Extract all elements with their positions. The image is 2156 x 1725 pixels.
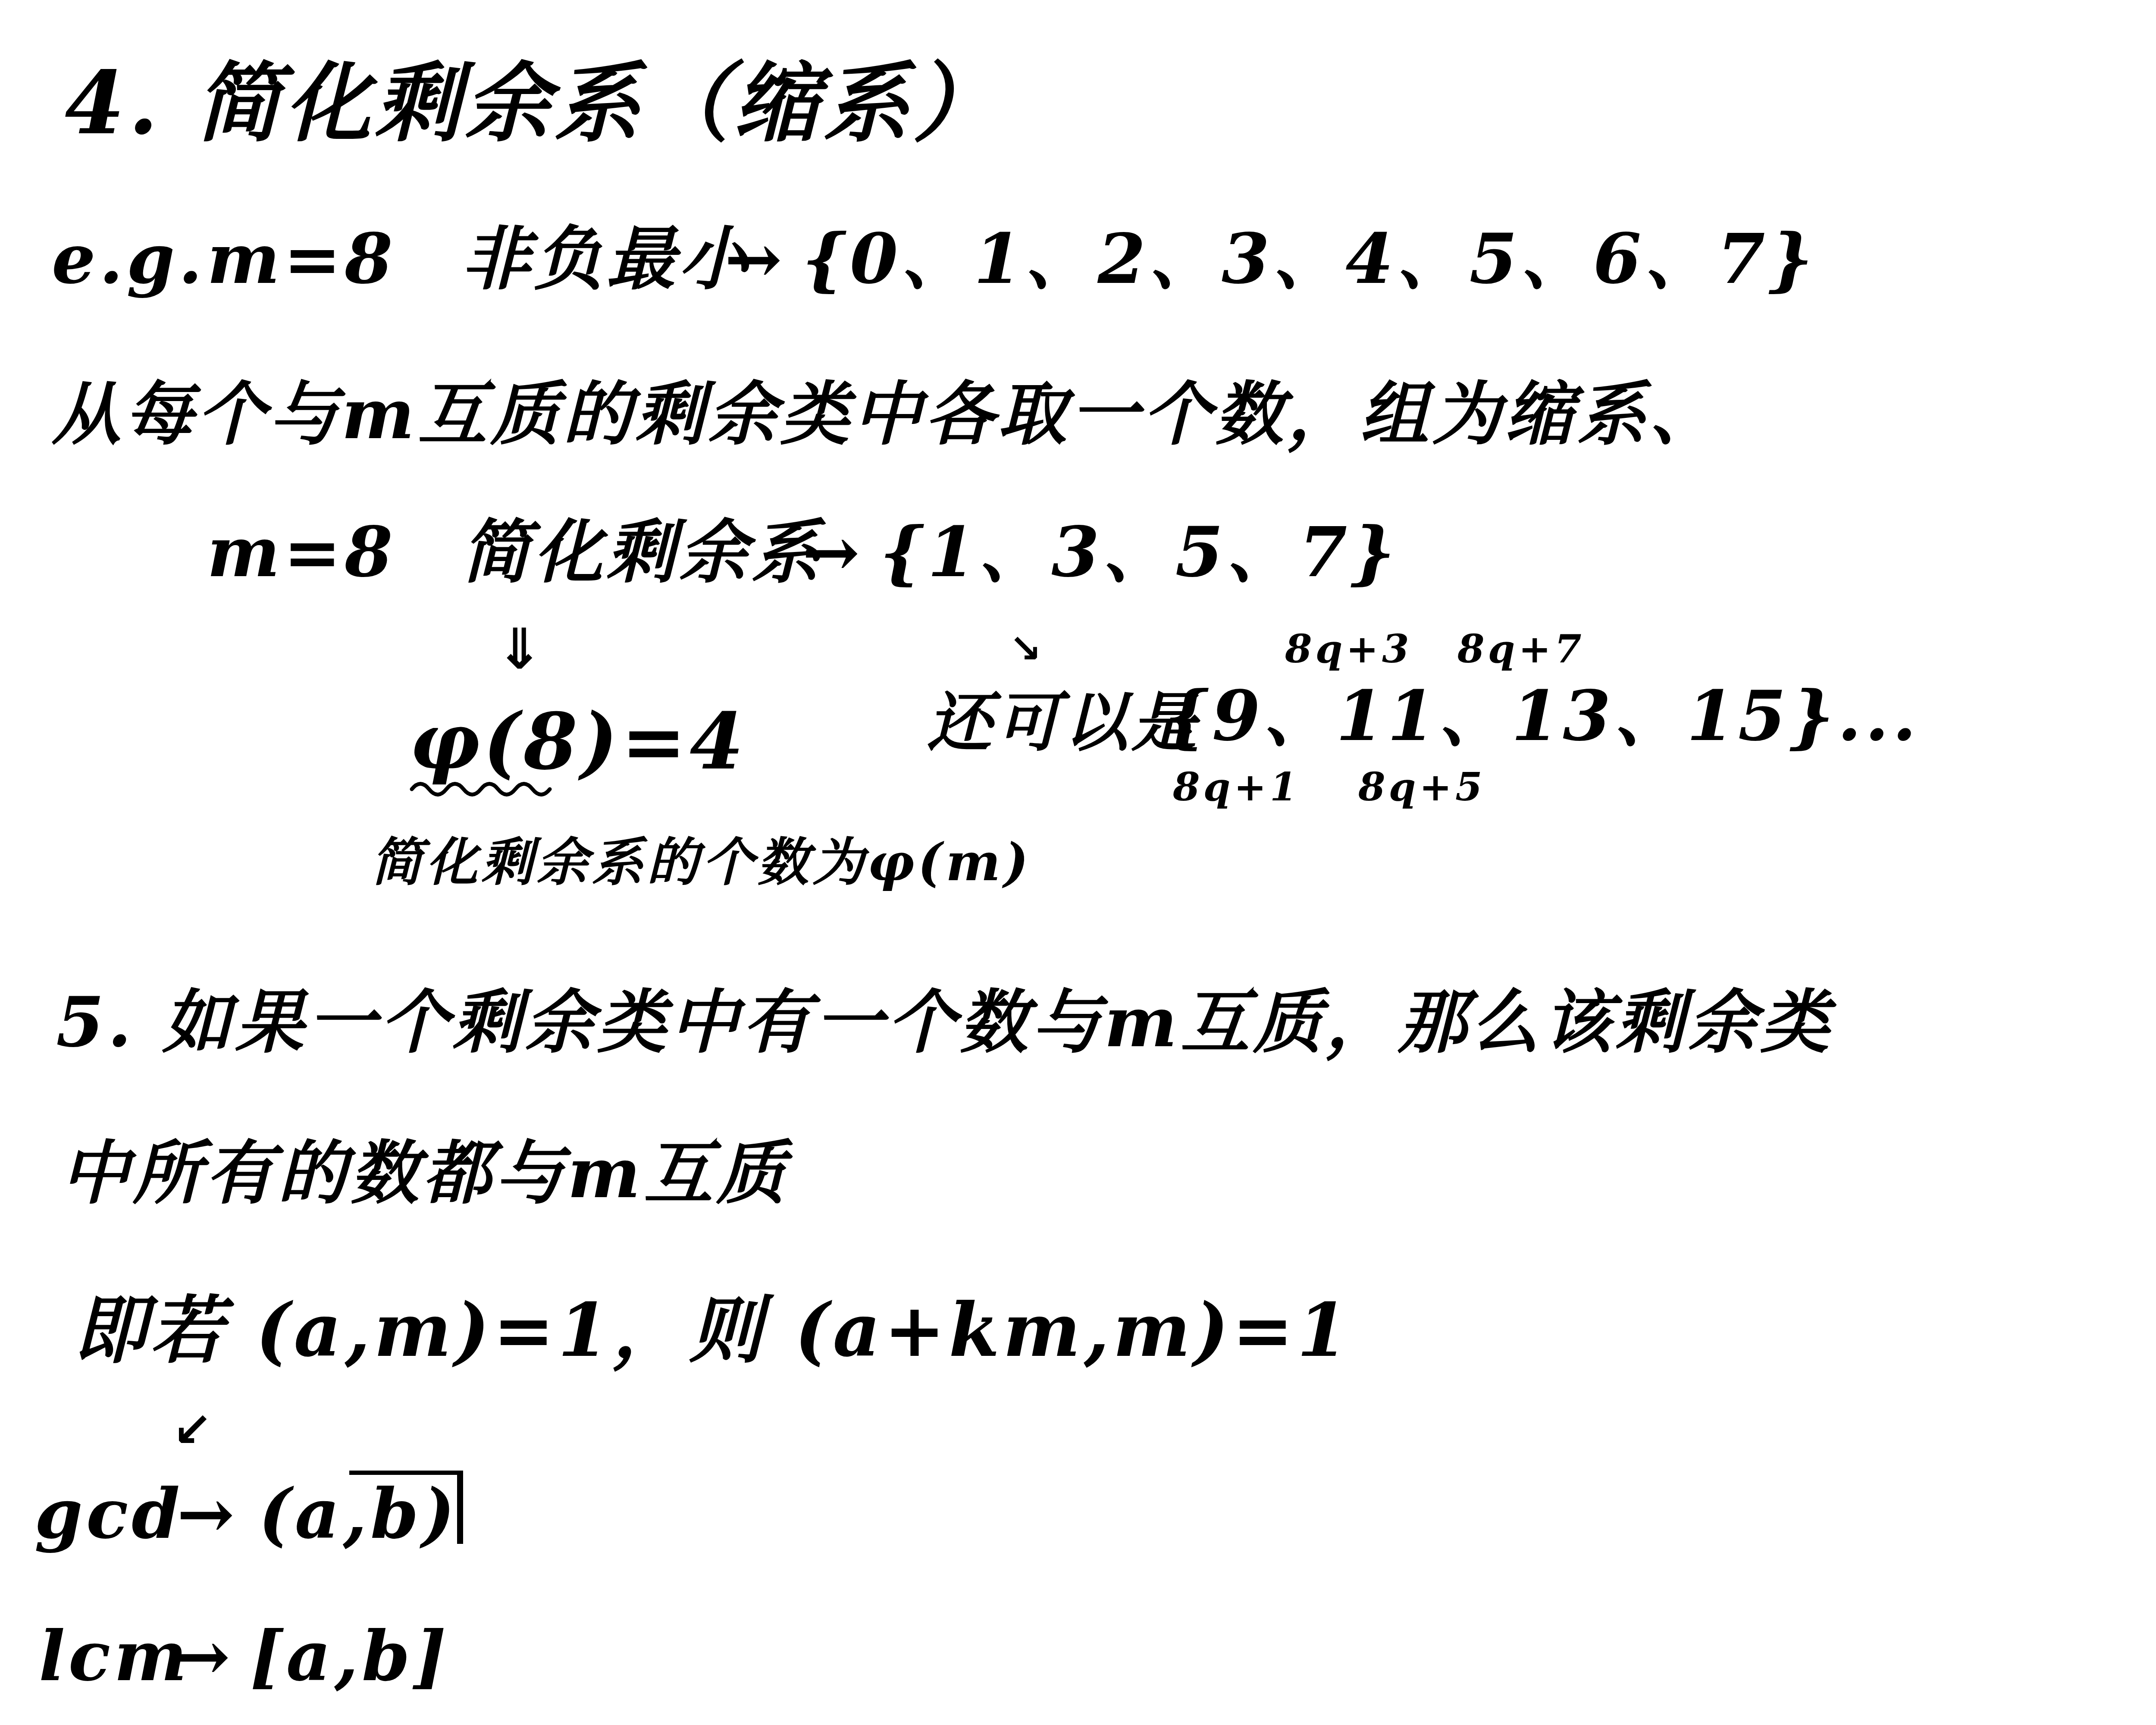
small-down-arrow-icon: ↘ [1009,630,1041,668]
alternative-set: {9、11、13、15}... [1164,681,1920,750]
example-modulus: m=8 [207,224,396,293]
label-8q-plus-5: 8q+5 [1358,768,1486,806]
phi-result: φ(8)=4 [410,703,747,781]
lcm-form: [a,b] [250,1621,450,1690]
section-5-heading: 5. 如果一个剩余类中有一个数与m互质，那么该剩余类 [56,988,1833,1057]
arrow-icon: → [177,1479,238,1548]
lcm-label: lcm [39,1615,191,1697]
example-prefix: e.g. [52,218,206,299]
reduced-modulus: m=8 [207,511,396,593]
section-5-formula: 即若 (a,m)=1，则 (a+km,m)=1 [73,1294,1351,1367]
lcm-notation: lcm → [a,b] [39,1621,191,1690]
example-label: 非负最小 [461,224,751,293]
handwritten-note-page: { "section4": { "heading": "4. 简化剩余系（缩系）… [0,0,2156,1725]
double-down-arrow-icon: ⇓ [496,621,543,677]
down-left-arrow-icon: ↙ [172,1406,212,1453]
reduced-set: {1、3、5、7} [880,517,1398,586]
label-8q-plus-3: 8q+3 [1285,630,1413,668]
gcd-notation: gcd → (a,b) [34,1479,183,1548]
arrow-icon: → [802,517,863,586]
alternative-label: 还可以是 [927,690,1200,755]
label-8q-plus-7: 8q+7 [1457,630,1585,668]
squiggle-underline-icon [410,776,552,802]
gcd-label: gcd [34,1473,183,1554]
reduced-system-definition: 从每个与m互质的剩余类中各取一个数，组为缩系、 [52,379,1722,448]
section-4-heading: 4. 简化剩余系（缩系） [65,60,1002,147]
arrow-icon: → [724,224,786,293]
example-set: {0、1、2、3、4、5、6、7} [802,224,1816,293]
label-8q-plus-1: 8q+1 [1173,768,1300,806]
reduced-label: 简化剩余系 [461,517,824,586]
example-line: e.g. m=8 非负最小 → {0、1、2、3、4、5、6、7} [52,224,206,293]
phi-note: 简化剩余系的个数为φ(m) [371,837,1032,888]
overline-mark [349,1471,463,1544]
section-5-heading-continued: 中所有的数都与m互质 [60,1138,789,1207]
arrow-icon: → [172,1621,234,1690]
reduced-line: m=8 简化剩余系 → {1、3、5、7} [207,517,396,586]
